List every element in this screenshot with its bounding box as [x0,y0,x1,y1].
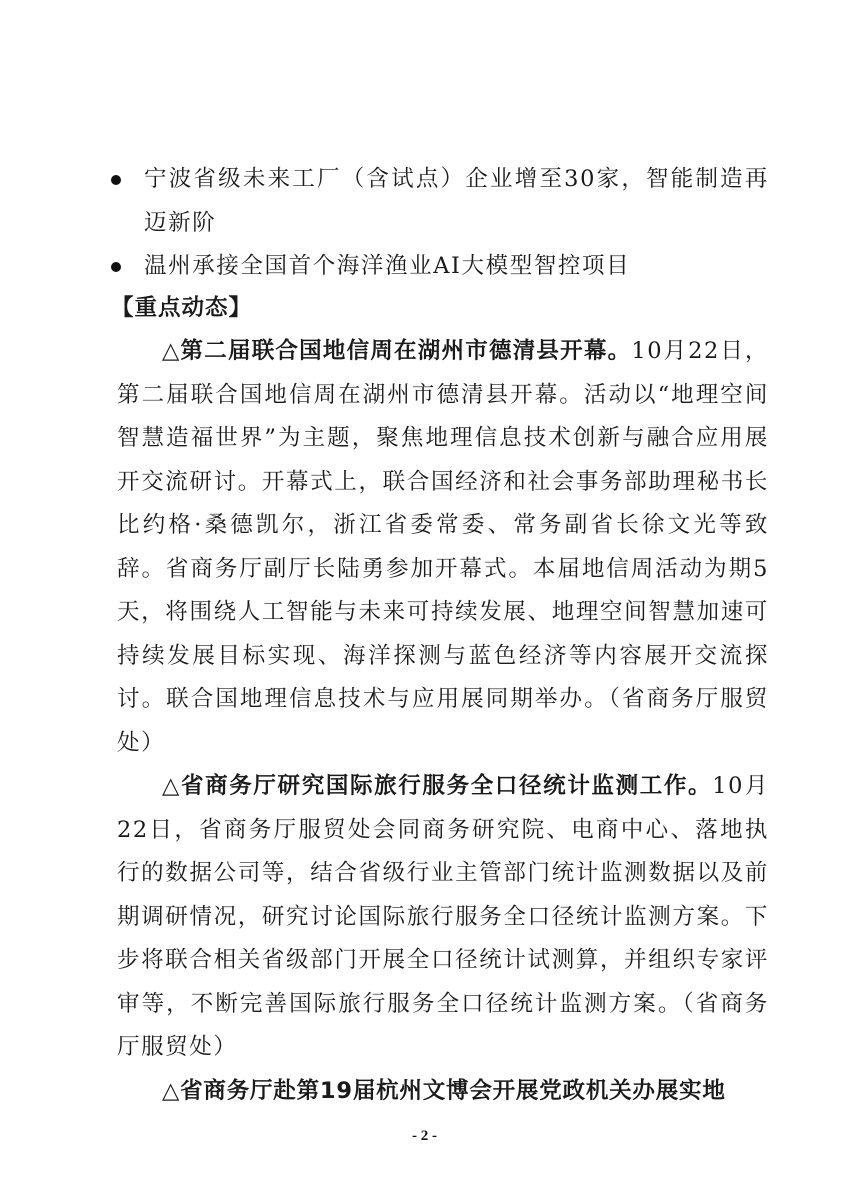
page-content: 宁波省级未来工厂（含试点）企业增至30家，智能制造再迈新阶 温州承接全国首个海洋… [117,158,769,1113]
news-body: 10月22日，第二届联合国地信周在湖州市德清县开幕。活动以“地理空间智慧造福世界… [117,338,769,756]
highlight-item: 温州承接全国首个海洋渔业AI大模型智控项目 [117,245,769,289]
highlight-text: 温州承接全国首个海洋渔业AI大模型智控项目 [144,253,630,279]
news-title: △省商务厅赴第19届杭州文博会开展党政机关办展实地 [162,1078,726,1104]
news-body: 10月22日，省商务厅服贸处会同商务研究院、电商中心、落地执行的数据公司等，结合… [117,773,769,1060]
news-item: △省商务厅赴第19届杭州文博会开展党政机关办展实地 [117,1070,769,1114]
section-heading: 【重点动态】 [111,287,769,331]
document-page: 宁波省级未来工厂（含试点）企业增至30家，智能制造再迈新阶 温州承接全国首个海洋… [0,0,849,1200]
news-item: △第二届联合国地信周在湖州市德清县开幕。10月22日，第二届联合国地信周在湖州市… [117,330,769,765]
news-title: △第二届联合国地信周在湖州市德清县开幕。 [162,338,631,364]
news-title: △省商务厅研究国际旅行服务全口径统计监测工作。 [162,773,712,799]
highlights-list: 宁波省级未来工厂（含试点）企业增至30家，智能制造再迈新阶 温州承接全国首个海洋… [117,158,769,289]
bullet-icon [111,262,121,272]
page-number: - 2 - [0,1128,849,1145]
bullet-icon [111,175,121,185]
news-item: △省商务厅研究国际旅行服务全口径统计监测工作。10月22日，省商务厅服贸处会同商… [117,765,769,1070]
highlight-text: 宁波省级未来工厂（含试点）企业增至30家，智能制造再迈新阶 [144,166,769,236]
highlight-item: 宁波省级未来工厂（含试点）企业增至30家，智能制造再迈新阶 [117,158,769,245]
